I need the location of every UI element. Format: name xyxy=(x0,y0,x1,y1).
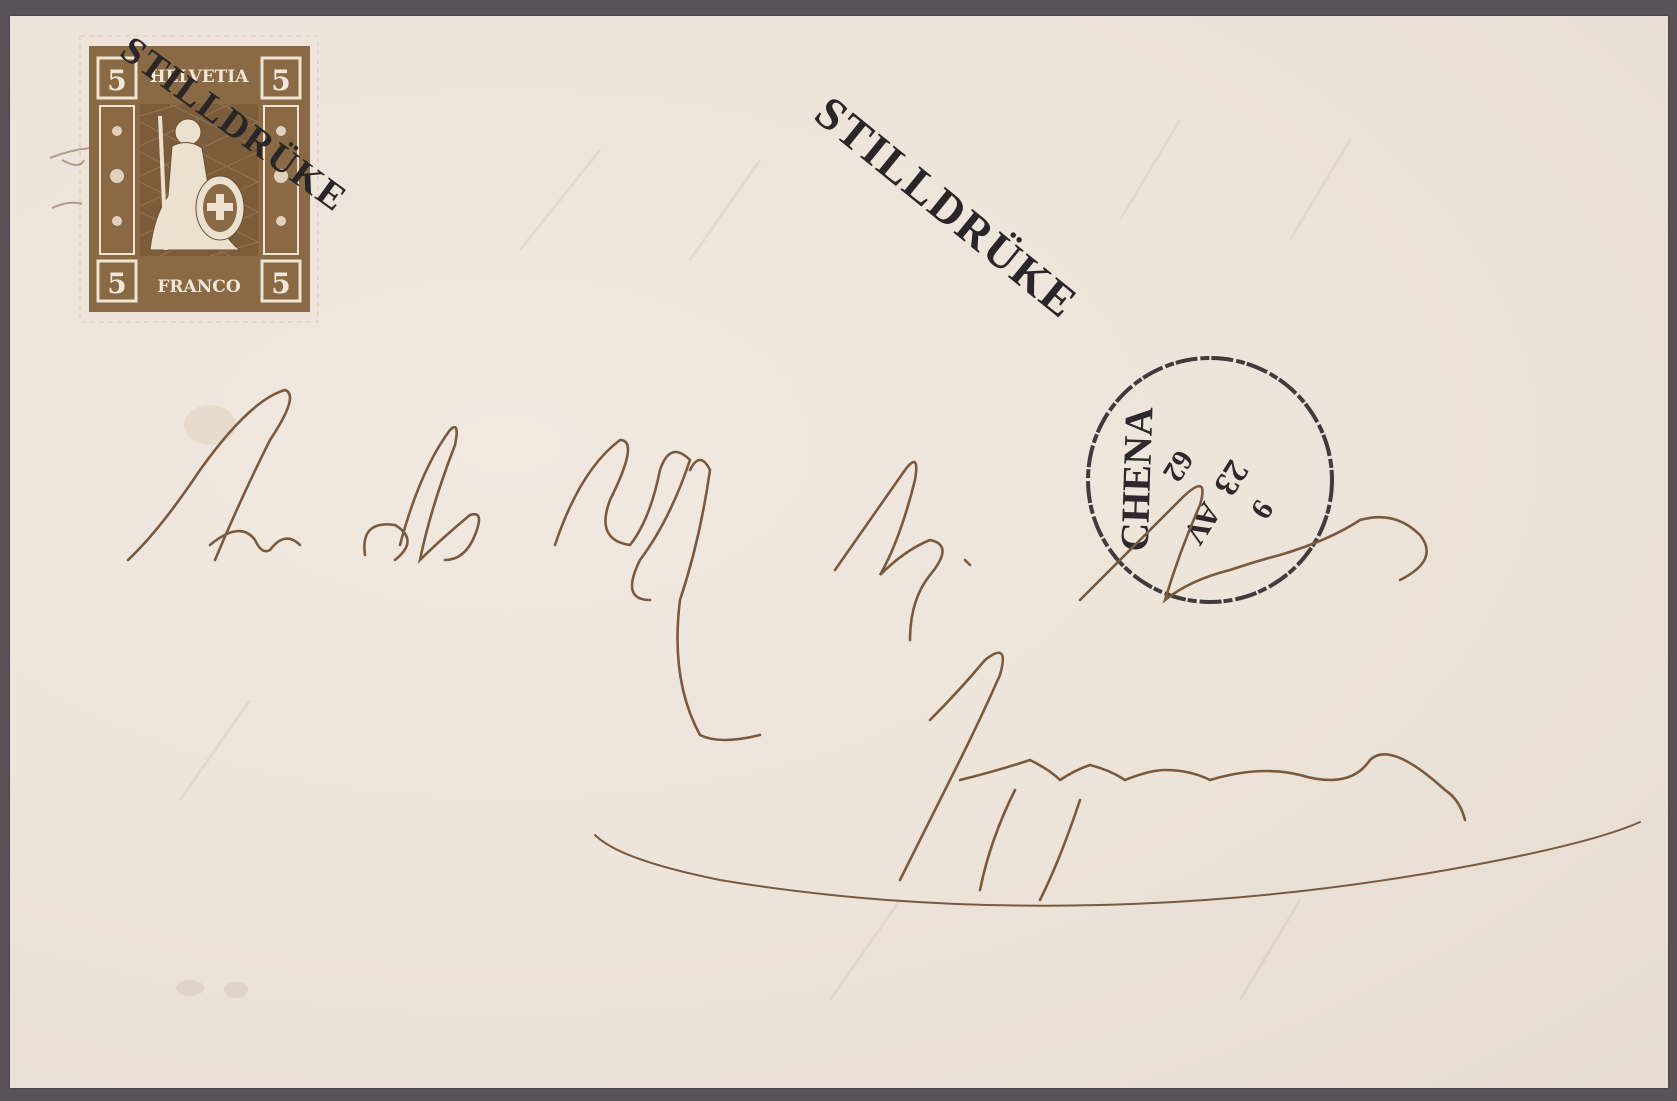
straight-line-cancel: STILLDRÜKE xyxy=(806,86,1088,328)
stamp-corner-value-bl: 5 xyxy=(107,267,126,300)
svg-text:Horgen: Horgen xyxy=(960,801,1037,825)
handwritten-address xyxy=(128,390,1640,906)
circular-postmark: CHENA 23 9 AV 62 xyxy=(1050,358,1332,602)
svg-text:STILLDRÜKE: STILLDRÜKE xyxy=(806,86,1088,328)
svg-text:An das Löbl.: An das Löbl. xyxy=(129,601,256,625)
stamp-franco-label: FRANCO xyxy=(157,277,240,297)
stamp-corner-value-br: 5 xyxy=(271,267,290,300)
postmark-year: 62 xyxy=(1156,444,1200,487)
paper-stains xyxy=(176,120,1350,1000)
postmark-day: 23 xyxy=(1206,453,1255,501)
cover-artwork: 5 5 5 5 HELVETIA FRANCO xyxy=(0,0,1677,1101)
postmark-place: CHENA xyxy=(1111,406,1161,552)
stamp-corner-value-tr: 5 xyxy=(271,64,290,97)
postmark-hour: 9 xyxy=(1244,494,1280,524)
cover-scene: 5 5 5 5 HELVETIA FRANCO xyxy=(0,0,1677,1101)
svg-text:Bez. Gericht: Bez. Gericht xyxy=(830,601,956,625)
